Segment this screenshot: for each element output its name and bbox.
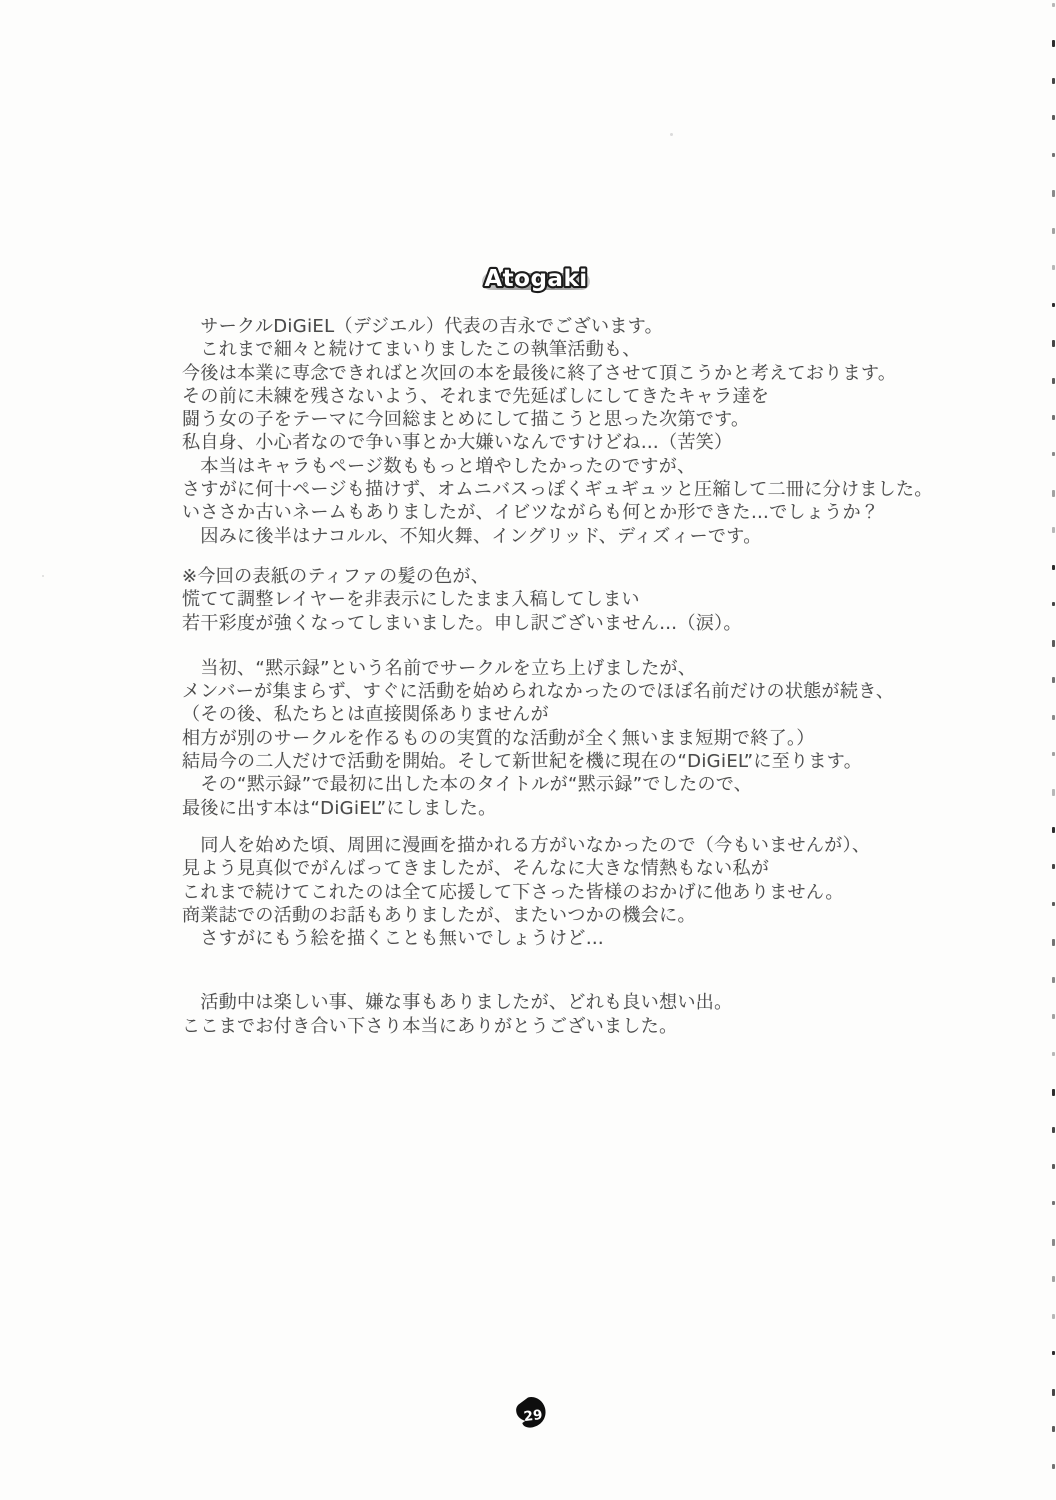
text-line: これまで細々と続けてまいりましたこの執筆活動も、 bbox=[182, 338, 927, 361]
scan-artifact-mark bbox=[1052, 1276, 1055, 1282]
afterword-paragraph: ※今回の表紙のティファの髪の色が、慌てて調整レイヤーを非表示にしたまま入稿してし… bbox=[182, 565, 927, 635]
text-line: その“黙示録”で最初に出した本のタイトルが“黙示録”でしたので、 bbox=[182, 773, 927, 796]
text-line: 結局今の二人だけで活動を開始。そして新世紀を機に現在の“DiGiEL”に至ります… bbox=[182, 750, 927, 773]
text-line: 当初、“黙示録”という名前でサークルを立ち上げましたが、 bbox=[182, 657, 927, 680]
scan-artifact-mark bbox=[1052, 752, 1055, 756]
text-line: 活動中は楽しい事、嫌な事もありましたが、どれも良い想い出。 bbox=[182, 991, 927, 1014]
scan-artifact-mark bbox=[1052, 902, 1055, 906]
text-line: 本当はキャラもページ数ももっと増やしたかったのですが、 bbox=[182, 455, 927, 478]
scan-artifact-mark bbox=[1052, 1164, 1055, 1169]
page-number: 29 bbox=[523, 1407, 544, 1425]
scan-artifact-mark bbox=[1052, 789, 1055, 796]
scan-artifact-mark bbox=[1052, 78, 1055, 84]
scan-artifact-mark bbox=[1052, 3, 1055, 7]
scan-artifact-mark bbox=[1052, 1351, 1055, 1355]
text-line: さすがにもう絵を描くことも無いでしょうけど… bbox=[182, 927, 927, 950]
scan-artifact-mark bbox=[1052, 115, 1055, 120]
page-title: Atogaki bbox=[484, 266, 587, 292]
scan-artifact-mark bbox=[1052, 677, 1055, 683]
scan-artifact-mark bbox=[1052, 977, 1055, 983]
text-line: 同人を始めた頃、周囲に漫画を描かれる方がいなかったので（今もいませんが）、 bbox=[182, 834, 927, 857]
scan-artifact-mark bbox=[1052, 1464, 1055, 1469]
scan-artifact-mark bbox=[1052, 415, 1055, 420]
afterword-paragraph: 同人を始めた頃、周囲に漫画を描かれる方がいなかったので（今もいませんが）、見よう… bbox=[182, 834, 927, 950]
scan-artifact-mark bbox=[1052, 40, 1055, 47]
text-line: 因みに後半はナコルル、不知火舞、イングリッド、ディズィーです。 bbox=[182, 525, 927, 548]
scan-edge-artifacts bbox=[1048, 0, 1056, 1500]
scan-artifact-mark bbox=[1052, 452, 1055, 456]
scan-artifact-mark bbox=[1052, 527, 1055, 533]
afterword-text: サークルDiGiEL（デジエル）代表の吉永でございます。 これまで細々と続けてま… bbox=[182, 315, 927, 1038]
text-line: 私自身、小心者なので争い事とか大嫌いなんですけどね…（苦笑） bbox=[182, 431, 927, 454]
afterword-paragraph: サークルDiGiEL（デジエル）代表の吉永でございます。 これまで細々と続けてま… bbox=[182, 315, 927, 548]
scan-artifact-mark bbox=[1052, 1052, 1055, 1056]
text-line: さすがに何十ページも描けず、オムニバスっぽくギュギュッと圧縮して二冊に分けました… bbox=[182, 478, 927, 501]
text-line: 商業誌での活動のお話もありましたが、またいつかの機会に。 bbox=[182, 904, 927, 927]
scan-artifact-mark bbox=[1052, 190, 1055, 197]
scan-artifact-mark bbox=[1052, 565, 1055, 570]
scan-artifact-mark bbox=[1052, 939, 1055, 946]
text-line: （その後、私たちとは直接関係ありませんが bbox=[182, 703, 927, 726]
scan-artifact-mark bbox=[1052, 1089, 1055, 1096]
scan-artifact-mark bbox=[1052, 303, 1055, 307]
scan-artifact-mark bbox=[1052, 1201, 1055, 1205]
scan-artifact-mark bbox=[1052, 1014, 1055, 1019]
paper-speck bbox=[42, 575, 44, 577]
text-line: これまで続けてこれたのは全て応援して下さった皆様のおかげに他ありません。 bbox=[182, 881, 927, 904]
text-line: 最後に出す本は“DiGiEL”にしました。 bbox=[182, 797, 927, 820]
scan-artifact-mark bbox=[1052, 340, 1055, 347]
scan-artifact-mark bbox=[1052, 1127, 1055, 1133]
paper-speck bbox=[370, 733, 373, 735]
scan-artifact-mark bbox=[1052, 228, 1055, 234]
scan-artifact-mark bbox=[1052, 265, 1055, 270]
text-line: メンバーが集まらず、すぐに活動を始められなかったのでほぼ名前だけの状態が続き、 bbox=[182, 680, 927, 703]
text-line: ※今回の表紙のティファの髪の色が、 bbox=[182, 565, 927, 588]
text-line: その前に未練を残さないよう、それまで先延ばしにしてきたキャラ達を bbox=[182, 385, 927, 408]
scan-artifact-mark bbox=[1052, 1426, 1055, 1432]
text-line: いささか古いネームもありましたが、イビツながらも何とか形できた…でしょうか？ bbox=[182, 501, 927, 524]
scan-artifact-mark bbox=[1052, 864, 1055, 869]
scan-artifact-mark bbox=[1052, 827, 1055, 833]
page-number-badge: 29 bbox=[513, 1396, 547, 1430]
text-line: 若干彩度が強くなってしまいました。申し訳ございません…（涙）。 bbox=[182, 612, 927, 635]
text-line: サークルDiGiEL（デジエル）代表の吉永でございます。 bbox=[182, 315, 927, 338]
scan-artifact-mark bbox=[1052, 490, 1055, 497]
scanned-afterword-page: Atogaki サークルDiGiEL（デジエル）代表の吉永でございます。 これま… bbox=[0, 0, 1056, 1500]
afterword-paragraph: 当初、“黙示録”という名前でサークルを立ち上げましたが、メンバーが集まらず、すぐ… bbox=[182, 657, 927, 820]
paper-speck bbox=[670, 133, 673, 136]
text-line: 闘う女の子をテーマに今回総まとめにして描こうと思った次第です。 bbox=[182, 408, 927, 431]
text-line: 今後は本業に専念できればと次回の本を最後に終了させて頂こうかと考えております。 bbox=[182, 362, 927, 385]
afterword-paragraph: 活動中は楽しい事、嫌な事もありましたが、どれも良い想い出。ここまでお付き合い下さ… bbox=[182, 991, 927, 1038]
scan-artifact-mark bbox=[1052, 1314, 1055, 1319]
text-line: 相方が別のサークルを作るものの実質的な活動が全く無いまま短期で終了。） bbox=[182, 727, 927, 750]
text-line: 慌てて調整レイヤーを非表示にしたまま入稿してしまい bbox=[182, 588, 927, 611]
text-line: ここまでお付き合い下さり本当にありがとうございました。 bbox=[182, 1015, 927, 1038]
scan-artifact-mark bbox=[1052, 602, 1055, 606]
scan-artifact-mark bbox=[1052, 715, 1055, 720]
scan-artifact-mark bbox=[1052, 1389, 1055, 1396]
scan-artifact-mark bbox=[1052, 153, 1055, 157]
atogaki-title-banner: Atogaki bbox=[452, 252, 622, 296]
scan-artifact-mark bbox=[1052, 1239, 1055, 1246]
text-line: 見よう見真似でがんばってきましたが、そんなに大きな情熱もない私が bbox=[182, 857, 927, 880]
scan-artifact-mark bbox=[1052, 378, 1055, 384]
scan-artifact-mark bbox=[1052, 640, 1055, 647]
